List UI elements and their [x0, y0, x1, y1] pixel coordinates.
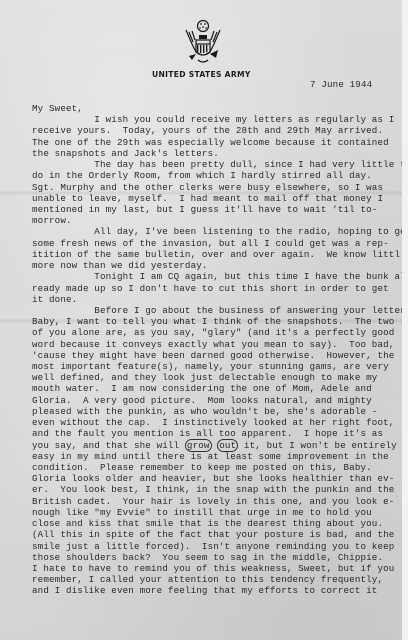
letter-line: mouth water. I am now considering the on…: [32, 383, 408, 394]
paper-edge: [402, 0, 408, 640]
letter-line: even without the cap. I instinctively lo…: [32, 417, 408, 428]
letter-line: unable to leave, myself. I had meant to …: [32, 193, 408, 204]
letter-line: it done.: [32, 294, 408, 305]
letter-line: smile just a little forced). Isn't anyon…: [32, 541, 408, 552]
letter-line: Tonight I am CQ again, but this time I h…: [32, 271, 408, 282]
letter-line: some fresh news of the invasion, but all…: [32, 238, 408, 249]
letter-line: well defined, and they look just delecta…: [32, 372, 408, 383]
letter-line: condition. Please remember to keep me po…: [32, 462, 408, 473]
letter-line: Sgt. Murphy and the other clerks were bu…: [32, 182, 408, 193]
letter-line: Before I go about the business of answer…: [32, 305, 408, 316]
letter-body: My Sweet, I wish you could receive my le…: [32, 103, 408, 597]
circled-word: grow: [185, 439, 212, 452]
letter-line: Gloria looks older and heavier, but she …: [32, 473, 408, 484]
line-text: you say, and that she will: [32, 440, 185, 451]
letter-date: 7 June 1944: [310, 79, 372, 90]
letter-line: I hate to have to remind you of this wea…: [32, 563, 408, 574]
line-text: it, but I won't be entirely: [238, 440, 397, 451]
letterhead-title: UNITED STATES ARMY: [152, 70, 251, 79]
letter-line: British cadet. Your hair is lovely in th…: [32, 496, 408, 507]
letter-line: (All this in spite of the fact that your…: [32, 529, 408, 540]
letter-line: most important feature(s), namely, your …: [32, 361, 408, 372]
letter-line: ready made up so I don't have to cut thi…: [32, 283, 408, 294]
letter-line: do in the Orderly Room, from which I har…: [32, 170, 408, 181]
letter-line: receive yours. Today, yours of the 28th …: [32, 125, 408, 136]
letter-line: word because it conveys exactly what you…: [32, 339, 408, 350]
letter-line: pleased with the punkin, as who wouldn't…: [32, 406, 408, 417]
letter-line: and I dislike even more feeling that my …: [32, 585, 408, 596]
letter-line: The one of the 29th was especially welco…: [32, 137, 408, 148]
letter-line: of you alone are, as you say, "glary" (a…: [32, 327, 408, 338]
letter-line: All day, I've been listening to the radi…: [32, 226, 408, 237]
circled-word: out: [217, 439, 238, 452]
letter-line: 'cause they might have been darned good …: [32, 350, 408, 361]
letter-line: itition of the same bulletin, over and o…: [32, 249, 408, 260]
eagle-emblem-icon: [180, 18, 226, 66]
letter-line: and the fault you mention is all too app…: [32, 428, 408, 439]
letter-line: The day has been pretty dull, since I ha…: [32, 159, 408, 170]
letter-line: easy in my mind until there is at least …: [32, 451, 408, 462]
letter-line: er. You look best, I think, in the snap …: [32, 484, 408, 495]
letter-line: those shoulders back? You seem to sag in…: [32, 552, 408, 563]
letter-line: the snapshots and Jack's letters.: [32, 148, 408, 159]
letter-line: nough like "my Evvie" to instill that ur…: [32, 507, 408, 518]
letter-line: mentioned in my last, but I guess it'll …: [32, 204, 408, 215]
letter-line: I wish you could receive my letters as r…: [32, 114, 408, 125]
letter-line: close and kiss that smile that is the de…: [32, 518, 408, 529]
letter-line: My Sweet,: [32, 103, 408, 114]
letter-paper: UNITED STATES ARMY 7 June 1944 My Sweet,…: [0, 0, 402, 640]
letter-line: remember, I called your attention to thi…: [32, 574, 408, 585]
letter-line: morrow.: [32, 215, 408, 226]
letter-line: Baby, I want to tell you what I think of…: [32, 316, 408, 327]
letter-line: you say, and that she will grow out it, …: [32, 440, 408, 451]
letter-line: more now than we did yesterday.: [32, 260, 408, 271]
letter-line: Gloria. A very good picture. Mom looks n…: [32, 395, 408, 406]
